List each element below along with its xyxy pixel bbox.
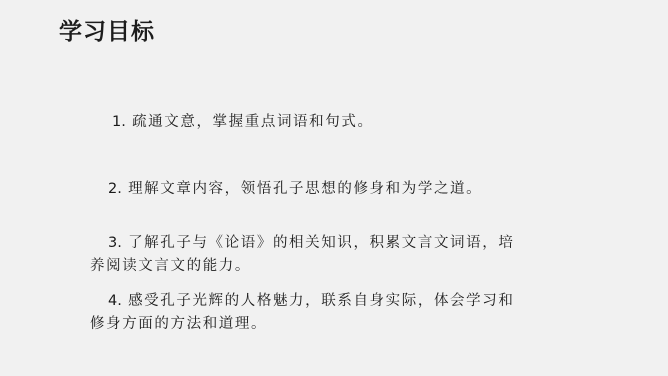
objective-item: 4. 感受孔子光辉的人格魅力，联系自身实际，体会学习和修身方面的方法和道理。 [90, 290, 520, 336]
objective-number: 1. [112, 114, 126, 130]
objective-item: 3. 了解孔子与《论语》的相关知识，积累文言文词语，培养阅读文言文的能力。 [90, 232, 520, 278]
objective-text: 感受孔子光辉的人格魅力，联系自身实际，体会学习和修身方面的方法和道理。 [90, 293, 514, 332]
objective-number: 3. [108, 235, 122, 251]
objective-text: 疏通文意，掌握重点词语和句式。 [132, 114, 374, 130]
page-title: 学习目标 [59, 13, 155, 46]
objective-number: 4. [108, 293, 122, 309]
objective-number: 2. [108, 181, 122, 197]
objective-item: 1. 疏通文意，掌握重点词语和句式。 [112, 111, 374, 134]
objective-text: 了解孔子与《论语》的相关知识，积累文言文词语，培养阅读文言文的能力。 [90, 235, 514, 274]
objective-text: 理解文章内容，领悟孔子思想的修身和为学之道。 [128, 181, 482, 197]
objective-item: 2. 理解文章内容，领悟孔子思想的修身和为学之道。 [108, 178, 482, 201]
